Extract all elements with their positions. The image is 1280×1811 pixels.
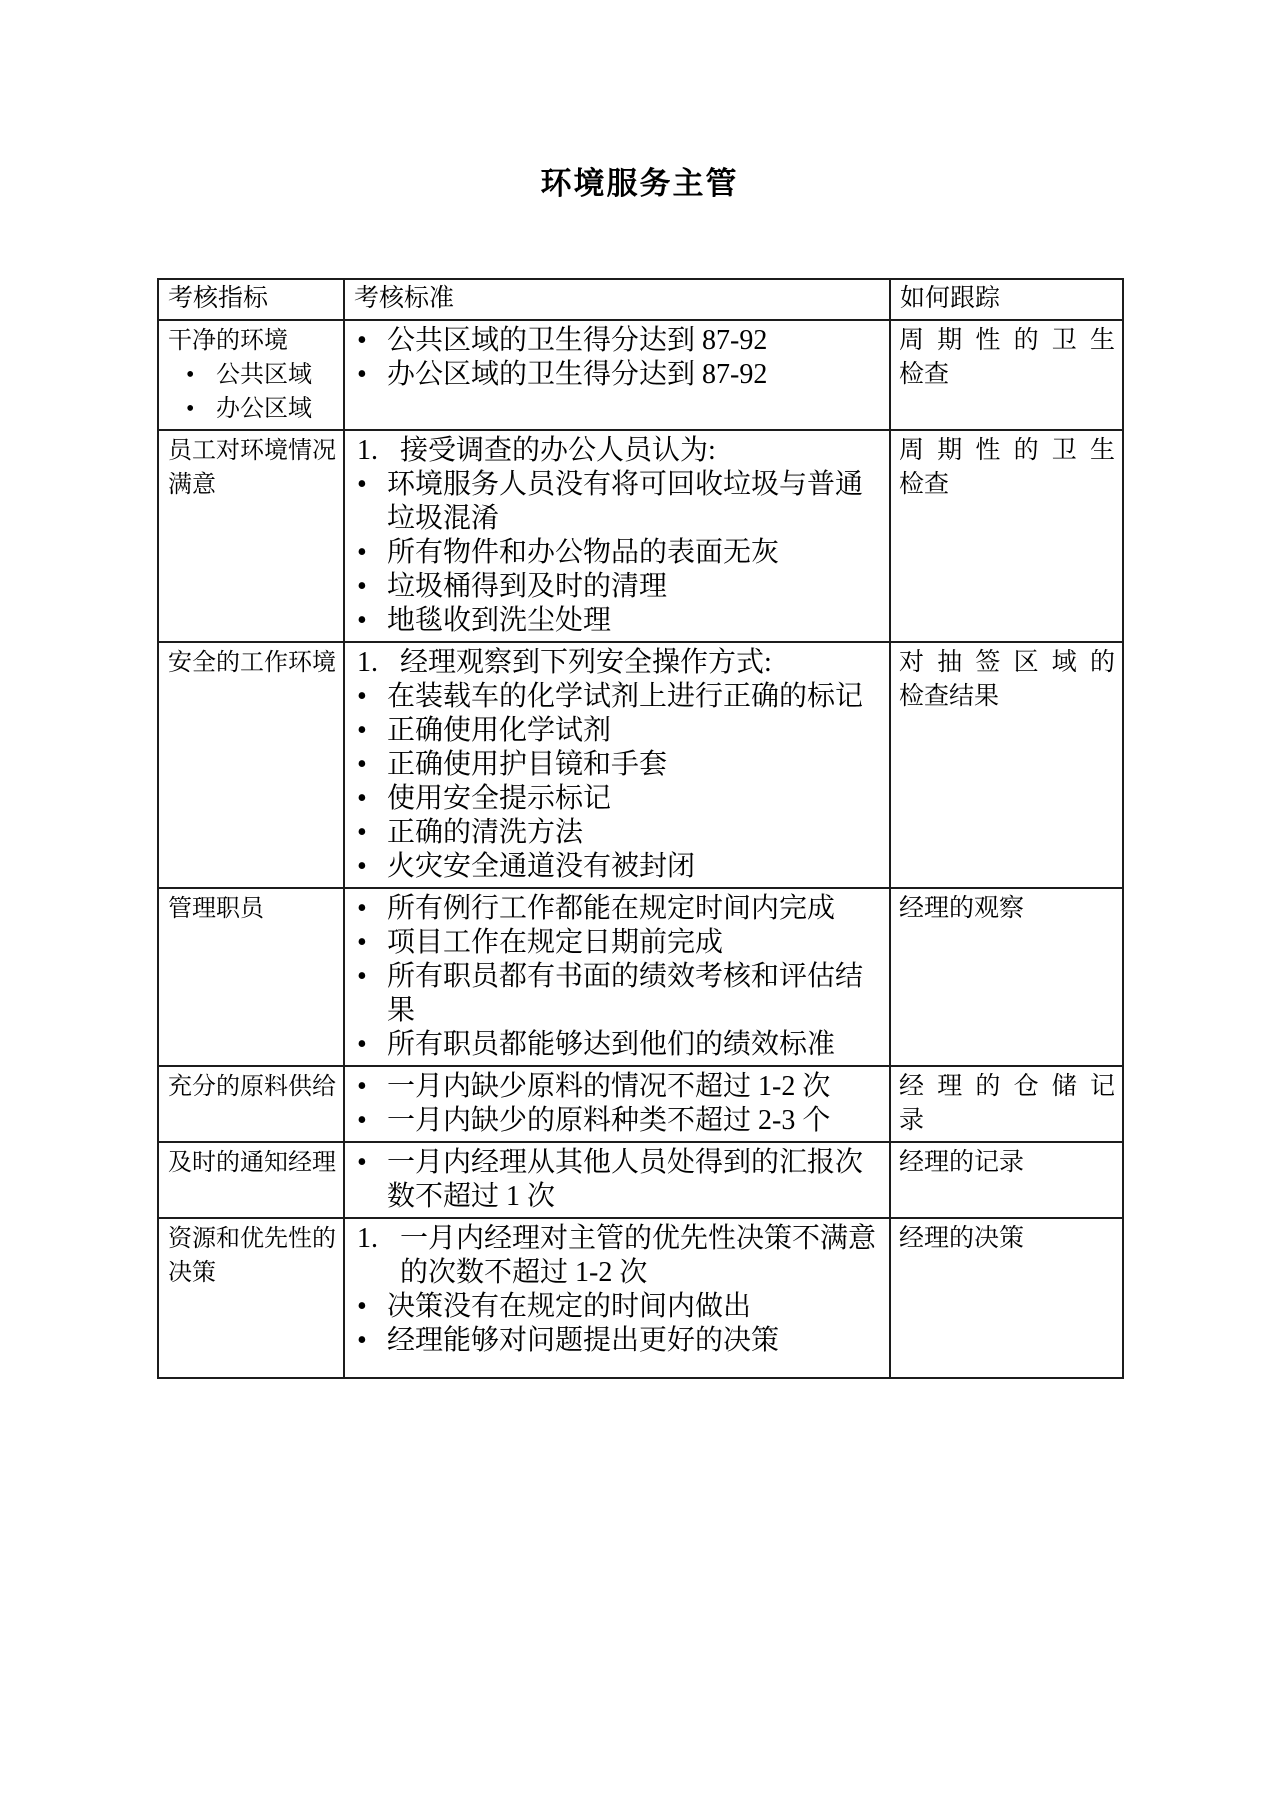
indicator-text: 员工对环境情况满意 [168, 434, 339, 502]
list-item-text: 在装载车的化学试剂上进行正确的标记 [387, 680, 883, 714]
standards-cell: 1.一月内经理对主管的优先性决策不满意的次数不超过 1-2 次•决策没有在规定的… [344, 1218, 890, 1378]
list-item: •一月内缺少原料的情况不超过 1-2 次 [345, 1070, 883, 1104]
indicator-cell: 干净的环境•公共区域•办公区域 [158, 320, 344, 430]
table-row: 资源和优先性的决策1.一月内经理对主管的优先性决策不满意的次数不超过 1-2 次… [158, 1218, 1123, 1378]
list-item-text: 正确使用护目镜和手套 [387, 748, 883, 782]
page-title: 环境服务主管 [157, 158, 1122, 203]
evaluation-table: 考核指标 考核标准 如何跟踪 干净的环境•公共区域•办公区域•公共区域的卫生得分… [157, 278, 1124, 1379]
number-label: 1. [357, 1222, 400, 1256]
bullet-icon: • [357, 324, 387, 358]
indicator-cell: 管理职员 [158, 888, 344, 1066]
bullet-icon: • [186, 392, 216, 426]
track-cell: 经理的记录 [890, 1142, 1123, 1218]
bullet-icon: • [357, 714, 387, 748]
bullet-icon: • [357, 926, 387, 960]
bullet-icon: • [357, 604, 387, 638]
standards-cell: •一月内经理从其他人员处得到的汇报次数不超过 1 次 [344, 1142, 890, 1218]
bullet-icon: • [357, 358, 387, 392]
list-item: •在装载车的化学试剂上进行正确的标记 [345, 680, 883, 714]
standards-cell: 1.接受调查的办公人员认为:•环境服务人员没有将可回收垃圾与普通垃圾混淆•所有物… [344, 430, 890, 642]
bullet-icon: • [357, 960, 387, 994]
bullet-icon: • [357, 680, 387, 714]
list-item-text: 经理观察到下列安全操作方式: [400, 646, 883, 680]
track-cell: 经理的决策 [890, 1218, 1123, 1378]
track-line: 周期性的卫生 [899, 324, 1115, 358]
table-row: 员工对环境情况满意1.接受调查的办公人员认为:•环境服务人员没有将可回收垃圾与普… [158, 430, 1123, 642]
bullet-icon: • [357, 1104, 387, 1138]
standards-cell: •一月内缺少原料的情况不超过 1-2 次•一月内缺少的原料种类不超过 2-3 个 [344, 1066, 890, 1142]
list-item-text: 经理能够对问题提出更好的决策 [387, 1324, 883, 1358]
header-track: 如何跟踪 [890, 279, 1123, 320]
indicator-text: 干净的环境 [168, 324, 339, 358]
indicator-text: 管理职员 [168, 892, 339, 926]
list-item: 1.一月内经理对主管的优先性决策不满意的次数不超过 1-2 次 [345, 1222, 883, 1290]
bullet-icon: • [357, 468, 387, 502]
list-item: •办公区域 [168, 392, 339, 426]
list-item-text: 办公区域 [216, 392, 339, 426]
list-item-text: 火灾安全通道没有被封闭 [387, 850, 883, 884]
list-item-text: 所有职员都有书面的绩效考核和评估结果 [387, 960, 883, 1028]
standards-cell: •公共区域的卫生得分达到 87-92•办公区域的卫生得分达到 87-92 [344, 320, 890, 430]
list-item-text: 正确使用化学试剂 [387, 714, 883, 748]
header-indicator: 考核指标 [158, 279, 344, 320]
table-header: 考核指标 考核标准 如何跟踪 [158, 279, 1123, 320]
list-item: •正确使用化学试剂 [345, 714, 883, 748]
list-item: •所有职员都能够达到他们的绩效标准 [345, 1028, 883, 1062]
list-item-text: 垃圾桶得到及时的清理 [387, 570, 883, 604]
track-cell: 经理的仓储记录 [890, 1066, 1123, 1142]
track-line: 对抽签区域的 [899, 646, 1115, 680]
list-item-text: 一月内缺少的原料种类不超过 2-3 个 [387, 1104, 883, 1138]
track-line: 周期性的卫生 [899, 434, 1115, 468]
header-standards: 考核标准 [344, 279, 890, 320]
track-line: 检查 [899, 468, 1115, 502]
table-row: 干净的环境•公共区域•办公区域•公共区域的卫生得分达到 87-92•办公区域的卫… [158, 320, 1123, 430]
table-row: 安全的工作环境1.经理观察到下列安全操作方式:•在装载车的化学试剂上进行正确的标… [158, 642, 1123, 888]
indicator-text: 充分的原料供给 [168, 1070, 339, 1104]
list-item: •决策没有在规定的时间内做出 [345, 1290, 883, 1324]
list-item-text: 办公区域的卫生得分达到 87-92 [387, 358, 883, 392]
table-row: 及时的通知经理•一月内经理从其他人员处得到的汇报次数不超过 1 次经理的记录 [158, 1142, 1123, 1218]
indicator-cell: 及时的通知经理 [158, 1142, 344, 1218]
track-cell: 经理的观察 [890, 888, 1123, 1066]
indicator-cell: 安全的工作环境 [158, 642, 344, 888]
list-item-text: 一月内经理对主管的优先性决策不满意的次数不超过 1-2 次 [400, 1222, 883, 1290]
list-item-text: 公共区域的卫生得分达到 87-92 [387, 324, 883, 358]
list-item: •火灾安全通道没有被封闭 [345, 850, 883, 884]
bullet-icon: • [357, 782, 387, 816]
list-item-text: 所有例行工作都能在规定时间内完成 [387, 892, 883, 926]
document-page: 环境服务主管 考核指标 考核标准 如何跟踪 干净的环境•公共区域•办公区域•公共… [0, 0, 1280, 1811]
table-row: 充分的原料供给•一月内缺少原料的情况不超过 1-2 次•一月内缺少的原料种类不超… [158, 1066, 1123, 1142]
standards-cell: 1.经理观察到下列安全操作方式:•在装载车的化学试剂上进行正确的标记•正确使用化… [344, 642, 890, 888]
list-item: •环境服务人员没有将可回收垃圾与普通垃圾混淆 [345, 468, 883, 536]
list-item: •项目工作在规定日期前完成 [345, 926, 883, 960]
indicator-cell: 资源和优先性的决策 [158, 1218, 344, 1378]
track-cell: 对抽签区域的检查结果 [890, 642, 1123, 888]
track-line: 经理的决策 [899, 1222, 1115, 1256]
list-item: 1.接受调查的办公人员认为: [345, 434, 883, 468]
bullet-icon: • [357, 1290, 387, 1324]
list-item-text: 一月内经理从其他人员处得到的汇报次数不超过 1 次 [387, 1146, 883, 1214]
indicator-cell: 员工对环境情况满意 [158, 430, 344, 642]
bullet-icon: • [357, 1070, 387, 1104]
list-item: •垃圾桶得到及时的清理 [345, 570, 883, 604]
indicator-cell: 充分的原料供给 [158, 1066, 344, 1142]
list-item-text: 一月内缺少原料的情况不超过 1-2 次 [387, 1070, 883, 1104]
bullet-icon: • [357, 816, 387, 850]
header-row: 考核指标 考核标准 如何跟踪 [158, 279, 1123, 320]
bullet-icon: • [186, 358, 216, 392]
table-row: 管理职员•所有例行工作都能在规定时间内完成•项目工作在规定日期前完成•所有职员都… [158, 888, 1123, 1066]
list-item: •正确使用护目镜和手套 [345, 748, 883, 782]
list-item-text: 所有职员都能够达到他们的绩效标准 [387, 1028, 883, 1062]
list-item: •公共区域 [168, 358, 339, 392]
track-line: 检查结果 [899, 680, 1115, 714]
track-cell: 周期性的卫生检查 [890, 430, 1123, 642]
track-line: 经理的记录 [899, 1146, 1115, 1180]
list-item: •所有例行工作都能在规定时间内完成 [345, 892, 883, 926]
list-item: •正确的清洗方法 [345, 816, 883, 850]
list-item: •办公区域的卫生得分达到 87-92 [345, 358, 883, 392]
track-line: 经理的观察 [899, 892, 1115, 926]
bullet-icon: • [357, 748, 387, 782]
list-item-text: 接受调查的办公人员认为: [400, 434, 883, 468]
bullet-icon: • [357, 1028, 387, 1062]
list-item: •所有职员都有书面的绩效考核和评估结果 [345, 960, 883, 1028]
track-cell: 周期性的卫生检查 [890, 320, 1123, 430]
bullet-icon: • [357, 1146, 387, 1180]
bullet-icon: • [357, 892, 387, 926]
list-item: •所有物件和办公物品的表面无灰 [345, 536, 883, 570]
table-body: 干净的环境•公共区域•办公区域•公共区域的卫生得分达到 87-92•办公区域的卫… [158, 320, 1123, 1378]
bullet-icon: • [357, 1324, 387, 1358]
track-line: 检查 [899, 358, 1115, 392]
track-line: 经理的仓储记 [899, 1070, 1115, 1104]
list-item: 1.经理观察到下列安全操作方式: [345, 646, 883, 680]
number-label: 1. [357, 434, 400, 468]
list-item-text: 正确的清洗方法 [387, 816, 883, 850]
bullet-icon: • [357, 570, 387, 604]
list-item-text: 公共区域 [216, 358, 339, 392]
indicator-text: 及时的通知经理 [168, 1146, 339, 1180]
bullet-icon: • [357, 850, 387, 884]
list-item-text: 项目工作在规定日期前完成 [387, 926, 883, 960]
standards-cell: •所有例行工作都能在规定时间内完成•项目工作在规定日期前完成•所有职员都有书面的… [344, 888, 890, 1066]
list-item: •经理能够对问题提出更好的决策 [345, 1324, 883, 1358]
list-item-text: 地毯收到洗尘处理 [387, 604, 883, 638]
list-item-text: 环境服务人员没有将可回收垃圾与普通垃圾混淆 [387, 468, 883, 536]
list-item: •一月内经理从其他人员处得到的汇报次数不超过 1 次 [345, 1146, 883, 1214]
list-item: •一月内缺少的原料种类不超过 2-3 个 [345, 1104, 883, 1138]
list-item: •使用安全提示标记 [345, 782, 883, 816]
indicator-text: 安全的工作环境 [168, 646, 339, 680]
indicator-text: 资源和优先性的决策 [168, 1222, 339, 1290]
list-item-text: 决策没有在规定的时间内做出 [387, 1290, 883, 1324]
list-item: •地毯收到洗尘处理 [345, 604, 883, 638]
bullet-icon: • [357, 536, 387, 570]
list-item: •公共区域的卫生得分达到 87-92 [345, 324, 883, 358]
list-item-text: 使用安全提示标记 [387, 782, 883, 816]
track-line: 录 [899, 1104, 1115, 1138]
number-label: 1. [357, 646, 400, 680]
list-item-text: 所有物件和办公物品的表面无灰 [387, 536, 883, 570]
